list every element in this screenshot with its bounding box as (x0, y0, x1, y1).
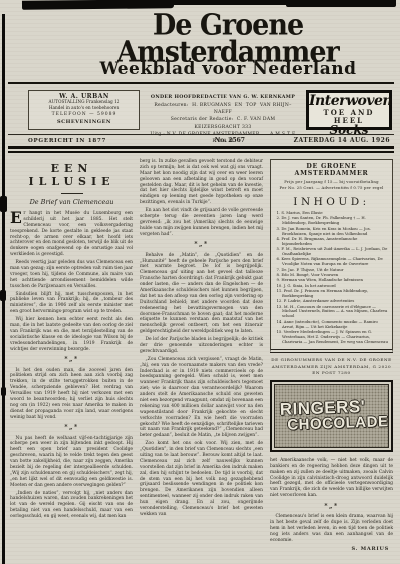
price-line: Prijs per Jaargang f 15.— bij vooruitbet… (274, 179, 389, 184)
article-paragraph: berg is. In zulke gevallen gevoelt terst… (140, 159, 263, 206)
urban-ad-name: W. A. URBAN (30, 93, 138, 100)
article-paragraph: De lof der Parijsche bladen is begrijpel… (140, 337, 263, 355)
dateline-rule-heavy (8, 146, 394, 149)
article-paragraph: „Zou Clemenceau zich vergissen”, vraagt … (140, 357, 263, 439)
interwoven-brand: Interwoven (309, 94, 389, 109)
article-paragraph: Sindsdien blijft hij, met tusschenpoozen… (10, 292, 133, 316)
urban-ad-city: SCHEVENINGEN (30, 119, 138, 127)
column-2: berg is. In zulke gevallen gevoelt terst… (140, 159, 263, 520)
author-signature: S. MARIUS (270, 546, 393, 553)
interwoven-product: Socks (309, 124, 389, 136)
urban-ad-phone: TELEFOON — 59089 (30, 112, 138, 119)
article-paragraph: En aan het slot vindt de grijsaard de vo… (140, 208, 263, 237)
article-columns: EEN ILLUSIE De Brief van Clemenceau Er h… (10, 159, 395, 553)
article-paragraph: het Amerikaansche volk, — niet het volk,… (270, 458, 393, 499)
urban-ad-box: W. A. URBAN AUTOSTALLING Frankenslag 12 … (28, 90, 140, 130)
inhoud-item: 6. Kees Spierens, Rijksmuseumplein — Cha… (277, 257, 389, 267)
section-separator: *„* (270, 503, 393, 511)
ringers-ad: RINGERS' CHOCOLADE (270, 380, 393, 452)
inhoud-list: 1. S. Marius, Een Illusie 2. Dr. J. van … (274, 211, 389, 344)
inhoud-item: 13. M. H., Concours de carrosserie et d'… (277, 305, 389, 320)
ringers-product: CHOCOLADE (287, 415, 389, 434)
section-separator: *„* (10, 424, 133, 432)
inhoud-box-title: DE GROENE AMSTERDAMMER (274, 163, 389, 177)
article-paragraph: Er hangt in het Musée du Luxembourg een … (10, 211, 133, 258)
interwoven-tagline: TOE AND HEEL (309, 109, 389, 124)
issue-date: ZATERDAG 14 AUG. 1926 (294, 137, 390, 144)
inhoud-item: 15. Verdere Mededeelingen — J. W. Spinse… (277, 330, 389, 345)
price-line: Per No. 25 Cent. — Advertentiën f 0.75 p… (274, 185, 389, 190)
section-separator: *„* (140, 241, 263, 249)
editorial-block: ONDER HOOFDREDACTIE VAN G. W. KERNKAMP R… (148, 90, 298, 130)
newspaper-page: De Groene Amsterdammer Weekblad voor Ned… (0, 0, 400, 564)
issue-number: No. 2567 (215, 137, 245, 144)
inhoud-heading: INHOUD: (274, 196, 389, 208)
column-3: DE GROENE AMSTERDAMMER Prijs per Jaargan… (270, 159, 393, 553)
inhoud-box: DE GROENE AMSTERDAMMER Prijs per Jaargan… (270, 159, 393, 353)
scan-artifact-blob (1, 387, 6, 396)
article-paragraph: Clemenceau's brief is een klein drama, w… (270, 514, 393, 543)
founded-label: OPGERICHT IN 1877 (28, 138, 106, 144)
column-1: EEN ILLUSIE De Brief van Clemenceau Er h… (10, 159, 133, 522)
article-paragraph: Zoo komt het ons ook voor. Wij zien, met… (140, 441, 263, 518)
headline-rule (61, 193, 83, 194)
scan-artifact-top-bar (170, 0, 288, 5)
scan-artifact-left-edge (2, 14, 5, 564)
article-paragraph: „Indien de naties”, vervolgt hij, „niet … (10, 491, 133, 520)
article-paragraph: Is het den ouden man, die zooveel jaren … (10, 368, 133, 421)
ringers-ad-text: RINGERS' CHOCOLADE (279, 399, 388, 434)
article-paragraph: Wij hier kennen hem echter eerst recht a… (10, 317, 133, 352)
section-separator: *„* (10, 356, 133, 364)
article-paragraph: Reeds veertig jaar geleden dus was Cleme… (10, 260, 133, 289)
article-paragraph: Behalve de „Matin”, de „Quotidien” en de… (140, 253, 263, 335)
editorial-line: Secretaris der Redactie: C. F. VAN DAM K… (148, 116, 298, 131)
inhoud-item: 2. Dr. J. van Santen, Dr. Ph. Falkenburg… (277, 216, 389, 226)
dateline-rule-heavy2 (8, 151, 394, 153)
masthead: De Groene Amsterdammer Weekblad voor Ned… (0, 0, 400, 79)
header-row: W. A. URBAN AUTOSTALLING Frankenslag 12 … (28, 90, 392, 130)
giro-note: De Gironummers van de N.V. De Groene Ams… (271, 357, 392, 375)
article-headline: EEN ILLUSIE (10, 162, 133, 188)
article-paragraph: Nu pas heeft de welhaast vijf-en-tachtig… (10, 436, 133, 489)
masthead-title: De Groene Amsterdammer (62, 12, 394, 66)
editorial-line: ONDER HOOFDREDACTIE VAN G. W. KERNKAMP (148, 94, 298, 102)
inhoud-item: 3. Dr. Jan Romein, Kris en Kras in Mosko… (277, 227, 389, 237)
scan-artifact-blob (0, 196, 7, 212)
scan-artifact-top-bar (22, 0, 174, 10)
interwoven-ad-box: Interwoven TOE AND HEEL Socks (306, 90, 392, 130)
editorial-line: Redacteuren: H. BRUGMANS EN TOP VAN RHIJ… (148, 102, 298, 117)
scan-artifact-top-bar (286, 0, 396, 7)
article-byline: De Brief van Clemenceau (10, 198, 133, 206)
scan-artifact-blob (0, 290, 6, 301)
masthead-rule (8, 82, 394, 84)
inhoud-item: 14. Anne (introductie), Commento muziko … (277, 320, 389, 330)
